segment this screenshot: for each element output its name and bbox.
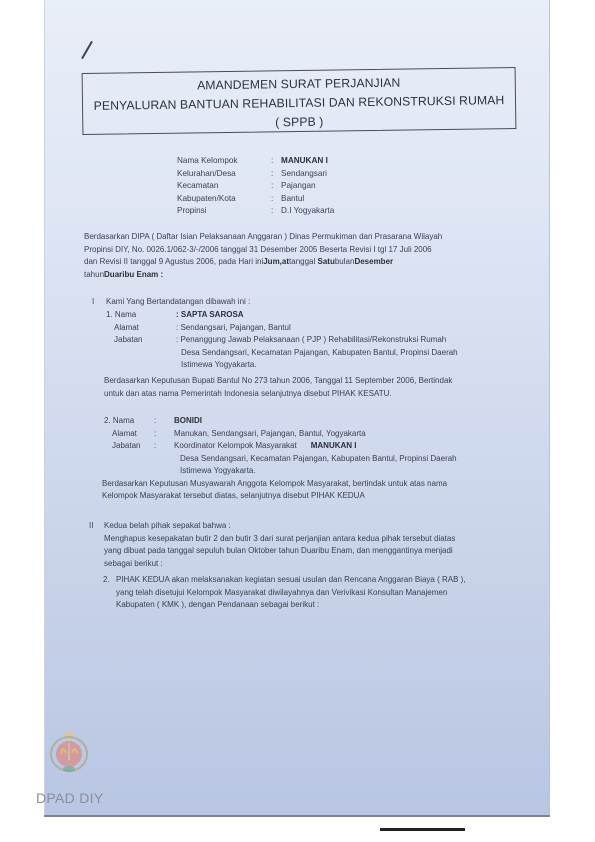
- party2-name: BONIDI: [174, 415, 202, 428]
- basis-line: Kelompok Masyarakat tersebut diatas, sel…: [102, 490, 504, 503]
- page-edge: [44, 815, 550, 817]
- group-name: MANUKAN I: [311, 440, 357, 453]
- day-name: Jum,at: [263, 256, 289, 269]
- date-day: Satu: [318, 256, 335, 269]
- intro-line: dan Revisi II tanggal 9 Agustus 2006, pa…: [84, 256, 442, 269]
- party2-block: 2. Nama:BONIDI Alamat:Manukan, Sendangsa…: [104, 415, 504, 503]
- item-2: 2.PIHAK KEDUA akan melaksanakan kegiatan…: [103, 574, 466, 612]
- party1-position: : Penanggung Jawab Pelaksanaan ( PJP ) R…: [176, 334, 446, 347]
- field-label: 1. Nama: [106, 309, 176, 322]
- basis-line: Berdasarkan Keputusan Bupati Bantul No 2…: [104, 375, 452, 388]
- party1-name: : SAPTA SAROSA: [176, 309, 244, 322]
- colon: :: [154, 415, 174, 428]
- info-colon: :: [271, 168, 281, 181]
- intro-paragraph: Berdasarkan DIPA ( Daftar Isian Pelaksan…: [84, 231, 442, 281]
- basis-line: Berdasarkan Keputusan Musyawarah Anggota…: [102, 478, 504, 491]
- item-number: 2.: [103, 574, 116, 587]
- party1-position: Istimewa Yogyakarta.: [106, 359, 506, 372]
- field-label: Alamat: [106, 322, 176, 335]
- section-numeral: II: [89, 521, 93, 530]
- party1-address: : Sendangsari, Pajangan, Bantul: [176, 322, 291, 335]
- field-label: 2. Nama: [104, 415, 154, 428]
- info-row: Kecamatan : Pajangan: [177, 180, 334, 193]
- party2-address: Manukan, Sendangsari, Pajangan, Bantul, …: [174, 428, 366, 441]
- section2-text: yang dibuat pada tanggal sepuluh bulan O…: [104, 545, 455, 558]
- info-label: Nama Kelompok: [177, 155, 271, 168]
- info-row: Nama Kelompok : MANUKAN I: [177, 155, 334, 168]
- info-colon: :: [271, 205, 281, 218]
- section2-heading: Kedua belah pihak sepakat bahwa :: [104, 520, 455, 533]
- section2-text: Menghapus kesepakatan butir 2 dan butir …: [104, 533, 455, 546]
- info-row: Kabupaten/Kota : Bantul: [177, 193, 334, 206]
- date-year: Duaribu Enam :: [104, 269, 163, 282]
- watermark: DPAD DIY: [36, 790, 104, 806]
- field-label: Alamat: [104, 428, 154, 441]
- info-label: Propinsi: [177, 205, 271, 218]
- text: bulan: [335, 256, 355, 269]
- info-label: Kelurahan/Desa: [177, 168, 271, 181]
- colon: :: [154, 428, 174, 441]
- party2-position: Koordinator Kelompok Masyarakat: [174, 440, 297, 453]
- group-info-block: Nama Kelompok : MANUKAN I Kelurahan/Desa…: [177, 155, 334, 218]
- crest-emblem-icon: [48, 727, 90, 777]
- info-colon: :: [271, 155, 281, 168]
- text: tanggal: [289, 256, 315, 269]
- intro-line: tahun Duaribu Enam :: [84, 269, 442, 282]
- section-numeral: I: [92, 297, 94, 306]
- info-colon: :: [271, 193, 281, 206]
- field-label: Jabatan: [106, 334, 176, 347]
- info-label: Kecamatan: [177, 180, 271, 193]
- info-row: Kelurahan/Desa : Sendangsari: [177, 168, 334, 181]
- field-label: Jabatan: [104, 440, 154, 453]
- party2-position: Istimewa Yogyakarta.: [104, 465, 504, 478]
- date-month: Desember: [354, 256, 393, 269]
- document-title-box: AMANDEMEN SURAT PERJANJIAN PENYALURAN BA…: [82, 67, 517, 135]
- info-value: Pajangan: [281, 180, 316, 193]
- colon: :: [154, 440, 174, 453]
- text: tahun: [84, 269, 104, 282]
- intro-line: Berdasarkan DIPA ( Daftar Isian Pelaksan…: [84, 231, 442, 244]
- text: dan Revisi II tanggal 9 Agustus 2006, pa…: [84, 256, 263, 269]
- info-label: Kabupaten/Kota: [177, 193, 271, 206]
- info-value: D.I Yogyakarta: [281, 205, 334, 218]
- info-value: Sendangsari: [281, 168, 327, 181]
- footer-rule: [380, 828, 465, 831]
- item-text: Kabupaten ( KMK ), dengan Pendanaan seba…: [103, 599, 466, 612]
- info-colon: :: [271, 180, 281, 193]
- item-text: yang telah disetujui Kelompok Masyarakat…: [103, 587, 466, 600]
- info-value: MANUKAN I: [281, 155, 328, 168]
- item-text: PIHAK KEDUA akan melaksanakan kegiatan s…: [116, 574, 466, 587]
- party1-block: 1. Nama: SAPTA SAROSA Alamat: Sendangsar…: [106, 309, 506, 372]
- party1-position: Desa Sendangsari, Kecamatan Pajangan, Ka…: [106, 347, 506, 360]
- intro-line: Propinsi DIY, No. 0026.1/062-3/-/2006 ta…: [84, 244, 442, 257]
- info-value: Bantul: [281, 193, 304, 206]
- section1-heading: Kami Yang Bertandatangan dibawah ini :: [106, 296, 250, 309]
- section2-text: sebagai berikut :: [104, 558, 455, 571]
- party1-basis: Berdasarkan Keputusan Bupati Bantul No 2…: [104, 375, 452, 400]
- party2-position: Desa Sendangsari, Kecamatan Pajangan, Ka…: [104, 453, 504, 466]
- basis-line: untuk dan atas nama Pemerintah Indonesia…: [104, 388, 452, 401]
- section2-block: Kedua belah pihak sepakat bahwa : Mengha…: [104, 520, 455, 570]
- info-row: Propinsi : D.I Yogyakarta: [177, 205, 334, 218]
